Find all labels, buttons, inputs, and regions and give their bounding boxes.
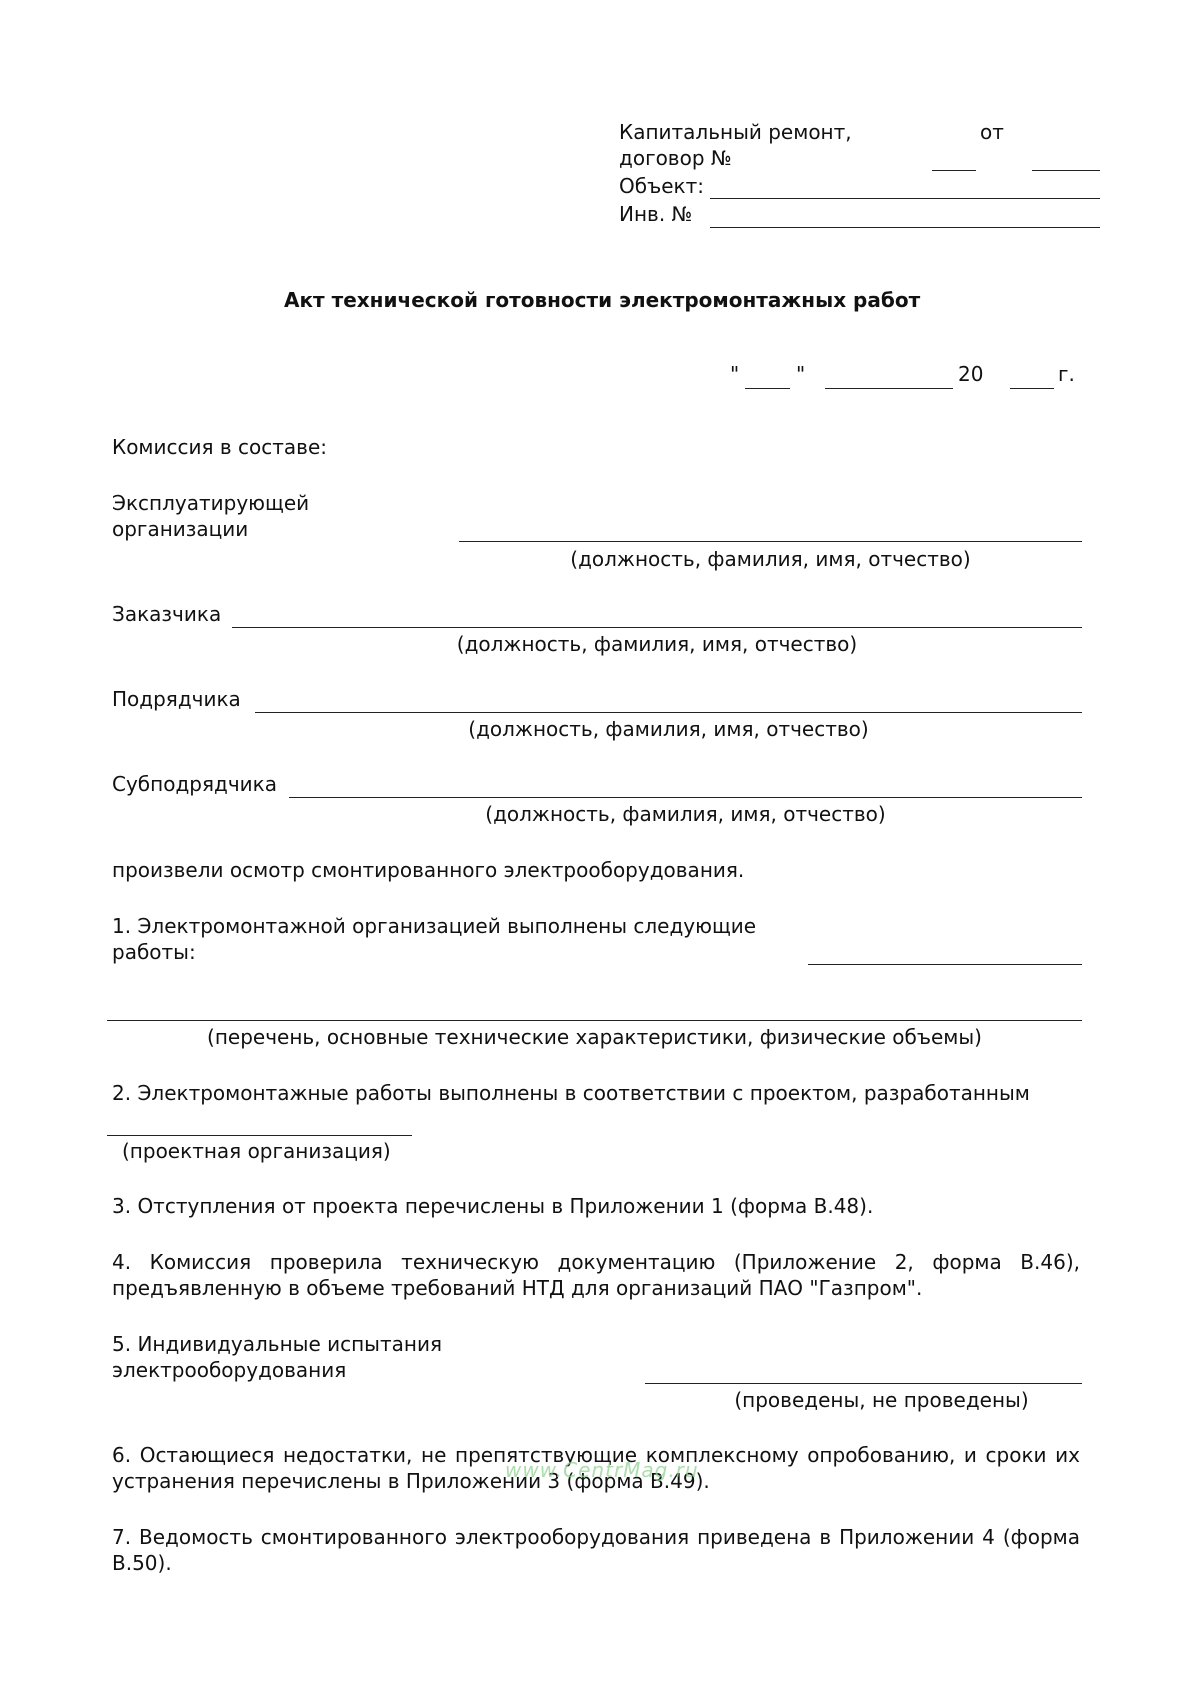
item5-caption: (проведены, не проведены) [645,1387,1082,1413]
subcontractor-caption: (должность, фамилия, имя, отчество) [289,801,1082,827]
item2-caption: (проектная организация) [122,1138,391,1164]
customer-field[interactable] [232,627,1082,628]
operator-caption: (должность, фамилия, имя, отчество) [459,546,1082,572]
day-field[interactable] [745,388,790,389]
watermark: www.CentrMag.ru [505,1458,699,1482]
item4-text: 4. Комиссия проверила техническую докуме… [112,1249,1080,1301]
item5-line2: электрооборудования [112,1357,346,1383]
object-field[interactable] [710,198,1100,199]
month-field[interactable] [825,388,953,389]
contractor-label: Подрядчика [112,686,241,712]
item1-field-full[interactable] [107,1020,1082,1021]
item1-caption: (перечень, основные технические характер… [107,1024,1082,1050]
year-suffix: г. [1058,361,1075,387]
commission-outro: произвели осмотр смонтированного электро… [112,857,744,883]
object-label: Объект: [619,173,704,199]
item1-field-short[interactable] [808,964,1082,965]
inv-field[interactable] [710,227,1100,228]
inv-label: Инв. № [619,201,692,227]
operator-field[interactable] [459,541,1082,542]
quote-close: " [796,361,805,387]
quote-open: " [730,361,739,387]
item2-text: 2. Электромонтажные работы выполнены в с… [112,1080,1030,1106]
item1-line1: 1. Электромонтажной организацией выполне… [112,913,756,939]
contract-label: договор № [619,145,732,171]
year-field[interactable] [1010,388,1054,389]
contractor-caption: (должность, фамилия, имя, отчество) [255,716,1082,742]
customer-caption: (должность, фамилия, имя, отчество) [232,631,1082,657]
contract-date-field[interactable] [1032,170,1100,171]
item7-text: 7. Ведомость смонтированного электрообор… [112,1524,1080,1576]
operator-label-line1: Эксплуатирующей [112,490,309,516]
item5-field[interactable] [645,1383,1082,1384]
customer-label: Заказчика [112,601,221,627]
item3-text: 3. Отступления от проекта перечислены в … [112,1193,873,1219]
item5-line1: 5. Индивидуальные испытания [112,1331,442,1357]
operator-label-line2: организации [112,516,248,542]
repair-label: Капитальный ремонт, [619,119,852,145]
subcontractor-field[interactable] [289,797,1082,798]
document-title: Акт технической готовности электромонтаж… [284,287,920,313]
item1-line2: работы: [112,939,196,965]
year-prefix: 20 [958,361,983,387]
from-label: от [980,119,1004,145]
commission-intro: Комиссия в составе: [112,434,327,460]
subcontractor-label: Субподрядчика [112,771,277,797]
design-org-field[interactable] [107,1135,412,1136]
contractor-field[interactable] [255,712,1082,713]
contract-number-field[interactable] [932,170,976,171]
